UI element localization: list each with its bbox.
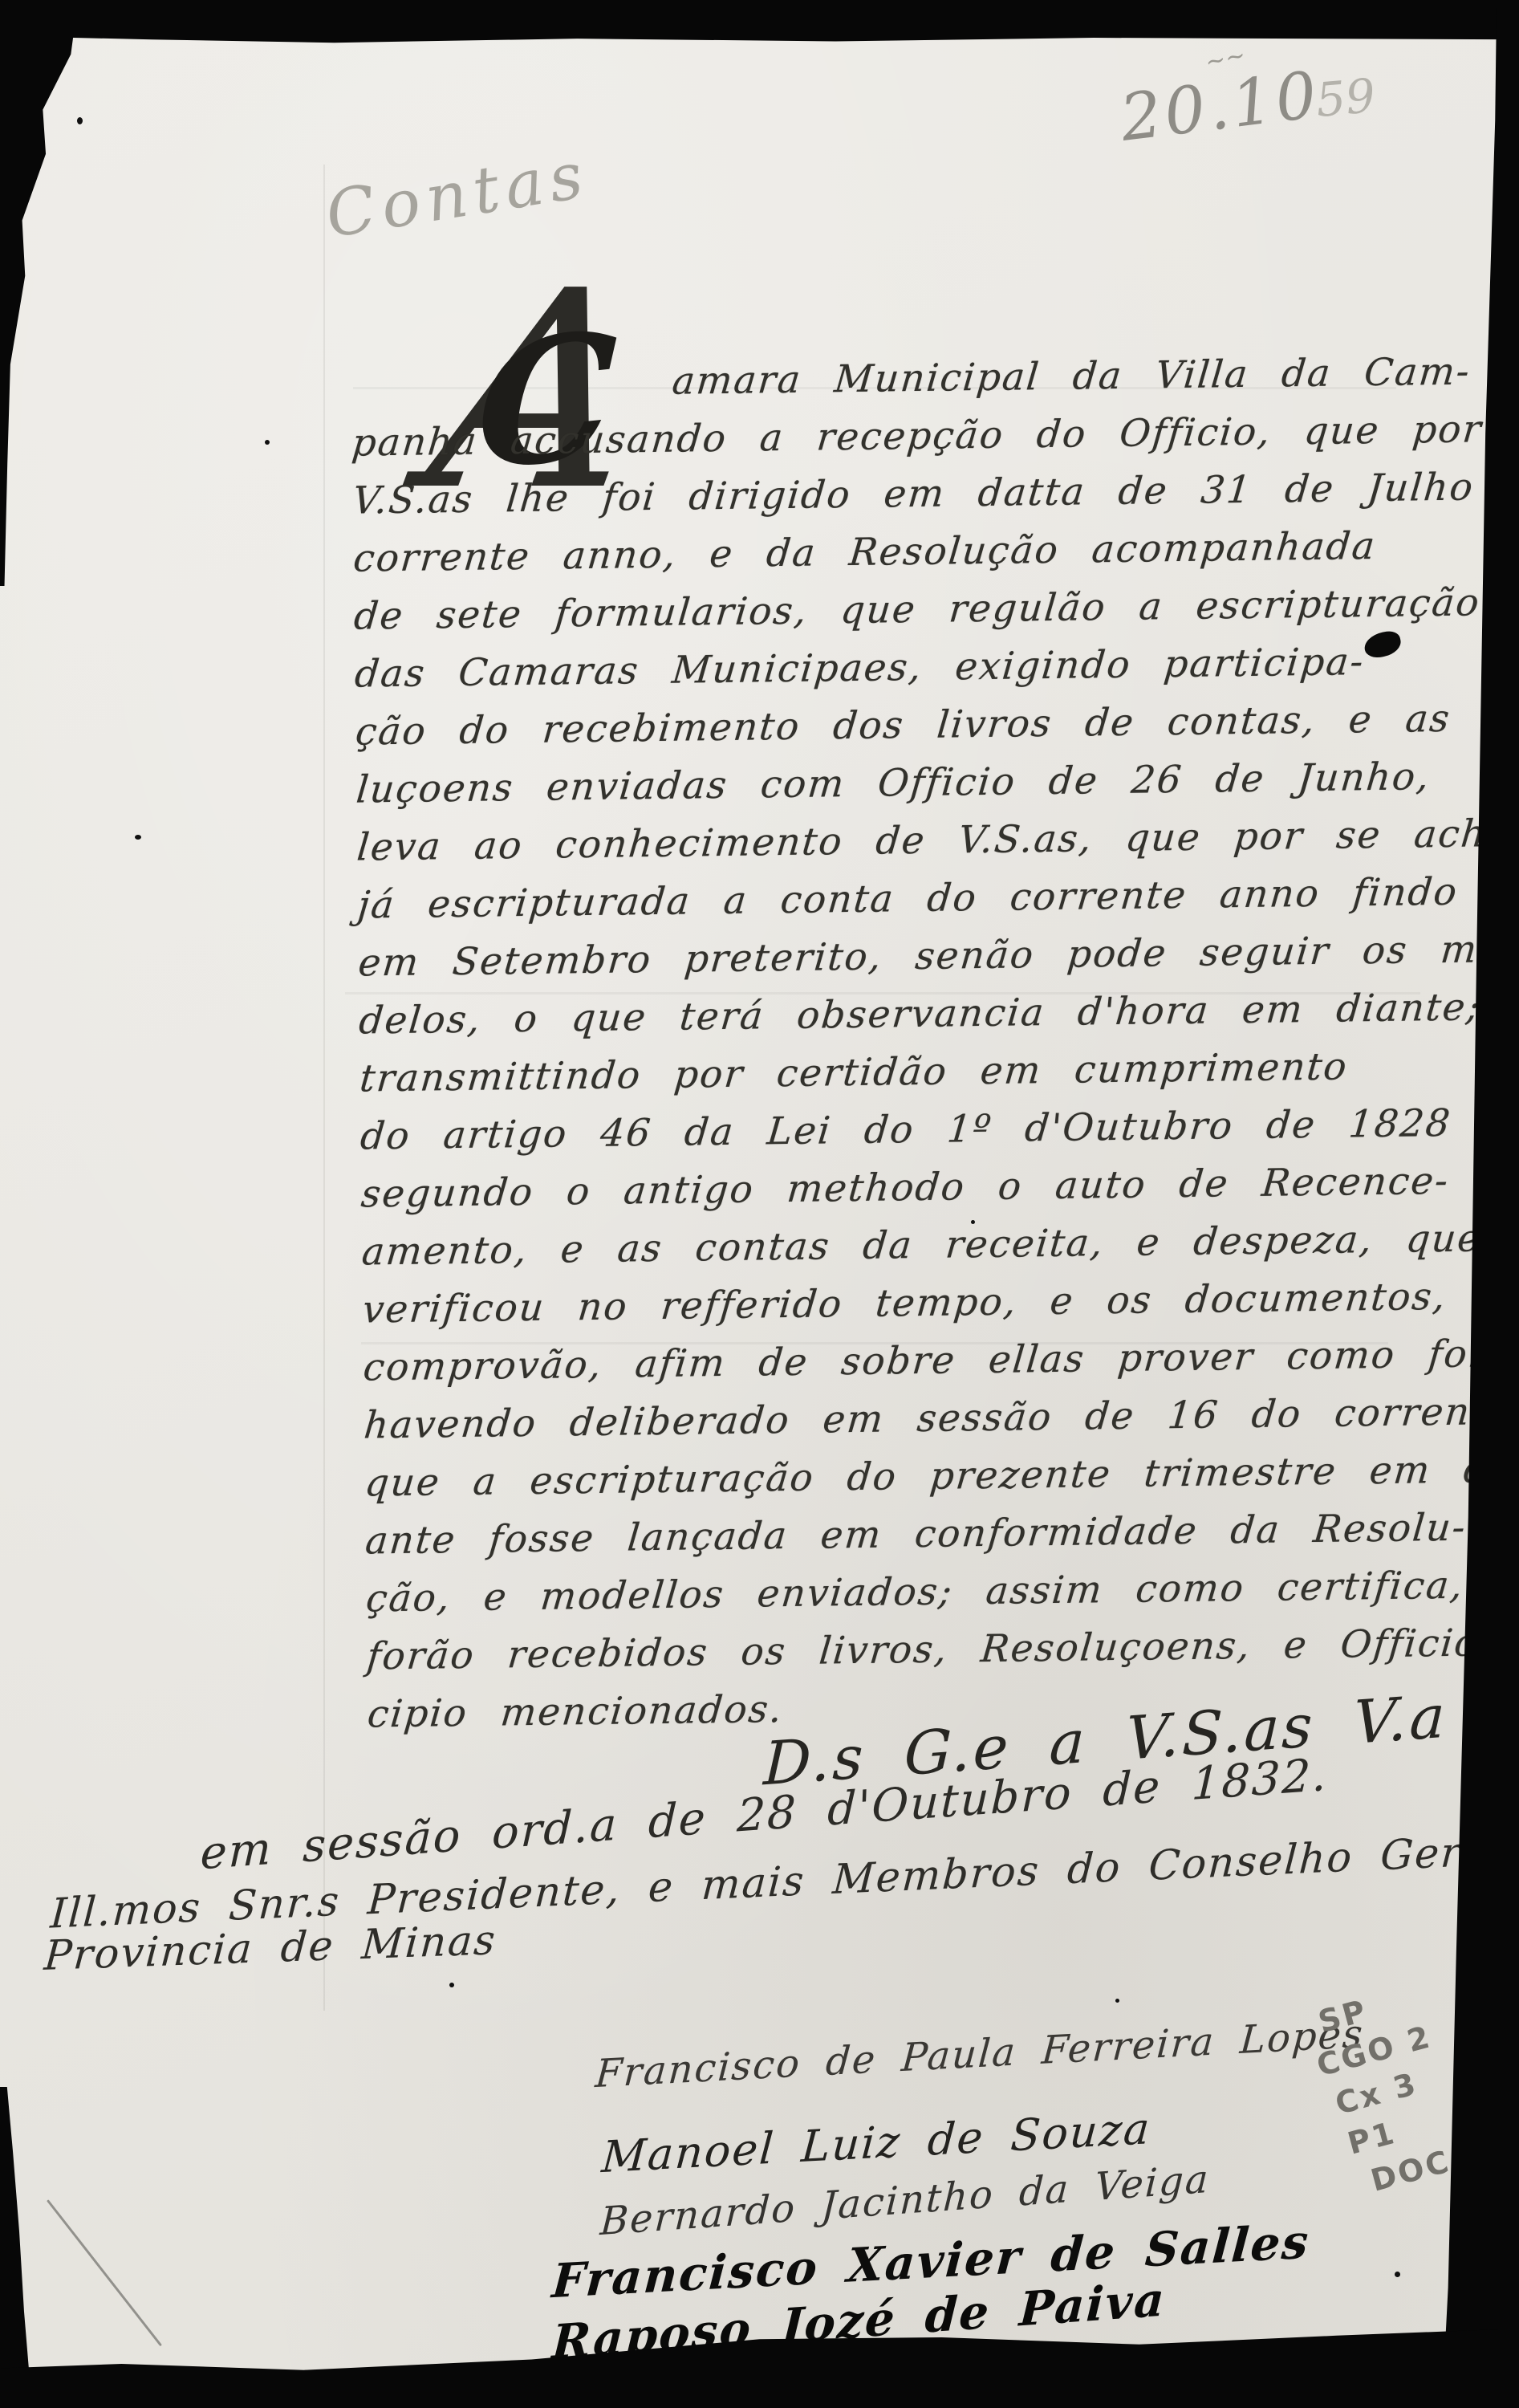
paper-speck bbox=[1395, 2272, 1400, 2277]
paper-speck bbox=[77, 117, 83, 124]
scanner-bed-left-edge bbox=[0, 32, 74, 586]
scanner-bed-left-lower-edge bbox=[0, 2087, 32, 2408]
manuscript-scan: Contas 20.10 ~~ 59 A C amara Municipal d… bbox=[0, 0, 1519, 2408]
paper-speck bbox=[265, 440, 270, 445]
scanner-bed-top-edge bbox=[0, 0, 1519, 45]
paper-speck bbox=[135, 835, 141, 840]
letter-line: amara Municipal da Villa da Cam- bbox=[670, 343, 1474, 410]
signature: Francisco de Paula Ferreira Lopes bbox=[594, 2011, 1366, 2097]
paper-speck bbox=[449, 1983, 454, 1987]
paper-speck bbox=[1115, 1999, 1119, 2003]
paper-fold-line bbox=[323, 165, 325, 2011]
paper-crease bbox=[47, 2199, 162, 2346]
letter-body: amara Municipal da Villa da Cam- panha a… bbox=[351, 344, 1487, 1744]
pencil-page-number: 59 bbox=[1314, 68, 1377, 128]
